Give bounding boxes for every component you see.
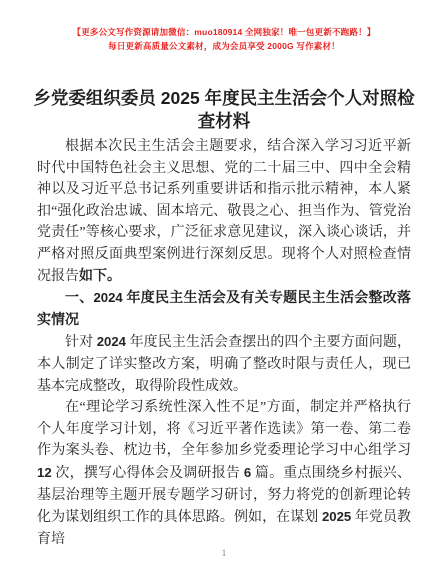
promo-line-1: 【更多公文写作资源请加微信：muo180914 全网独家！唯一包更新不跑路！】 — [0, 25, 448, 39]
bold-run: 如下。 — [79, 269, 121, 284]
text-run: 在“理论学习系统性深入性不足”方面，制定并严格执行个人年度学习计划，将《习近平著… — [37, 400, 411, 547]
document-page: 【更多公文写作资源请加微信：muo180914 全网独家！唯一包更新不跑路！】 … — [0, 0, 448, 580]
text-run: 根据本次民主生活会主题要求，结合深入学习习近平新时代中国特色社会主义思想、党的二… — [37, 139, 411, 284]
section-heading: 一、2024 年度民主生活会及有关专题民主生活会整改落实情况 — [37, 287, 411, 331]
page-title: 乡党委组织委员 2025 年度民主生活会个人对照检查材料 — [30, 87, 418, 133]
promo-banner: 【更多公文写作资源请加微信：muo180914 全网独家！唯一包更新不跑路！】 … — [0, 0, 448, 53]
page-number: 1 — [0, 548, 448, 558]
paragraph: 针对 2024 年度民主生活会查摆出的四个主要方面问题，本人制定了详实整改方案，… — [37, 331, 411, 397]
text-run: 针对 2024 年度民主生活会查摆出的四个主要方面问题，本人制定了详实整改方案，… — [37, 335, 411, 393]
paragraph: 在“理论学习系统性深入性不足”方面，制定并严格执行个人年度学习计划，将《习近平著… — [37, 397, 411, 550]
bold-run: 一、2024 年度民主生活会及有关专题民主生活会整改落实情况 — [37, 291, 411, 328]
inline-number: 2024 — [97, 334, 126, 349]
inline-number: 12 — [37, 465, 52, 480]
inline-number: 2024 — [93, 290, 122, 305]
document-body: 根据本次民主生活会主题要求，结合深入学习习近平新时代中国特色社会主义思想、党的二… — [37, 136, 411, 550]
inline-number: 2025 — [322, 509, 351, 524]
inline-number: 6 — [244, 465, 251, 480]
paragraph: 根据本次民主生活会主题要求，结合深入学习习近平新时代中国特色社会主义思想、党的二… — [37, 136, 411, 287]
promo-line-2: 每日更新高质量公文素材，成为会员享受 2000G 写作素材！ — [0, 39, 448, 53]
